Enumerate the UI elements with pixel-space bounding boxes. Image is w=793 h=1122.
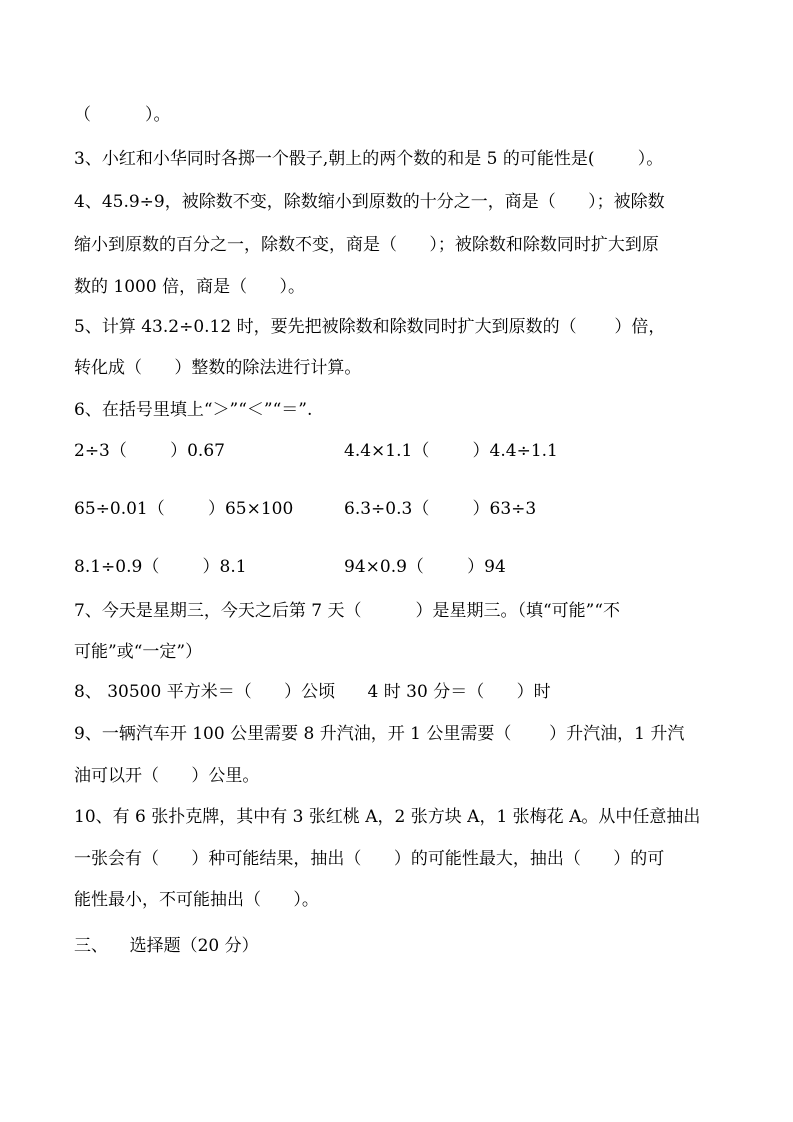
question-4-line-1: 4、45.9÷9，被除数不变，除数缩小到原数的十分之一，商是（ ）；被除数 [74,191,665,213]
question-4-line-2: 缩小到原数的百分之一，除数不变，商是（ ）；被除数和除数同时扩大到原 [74,234,659,256]
question-5-line-1: 5、计算 43.2÷0.12 时，要先把被除数和除数同时扩大到原数的（ ）倍， [74,316,665,338]
question-7-line-2: 可能”或“一定”） [74,641,202,663]
q2-continuation: （ ）。 [74,104,171,126]
question-3: 3、小红和小华同时各掷一个骰子,朝上的两个数的和是 5 的可能性是( ）。 [74,148,663,170]
question-10-line-3: 能性最小，不可能抽出（ ）。 [74,889,319,911]
question-10-line-2: 一张会有（ ）种可能结果，抽出（ ）的可能性最大，抽出（ ）的可 [74,848,664,870]
question-7-line-1: 7、今天是星期三，今天之后第 7 天（ ）是星期三。（填“可能”“不 [74,600,620,622]
question-9-line-1: 9、一辆汽车开 100 公里需要 8 升汽油，开 1 公里需要（ ）升汽油，1 … [74,723,684,745]
question-10-line-1: 10、有 6 张扑克牌，其中有 3 张红桃 A，2 张方块 A，1 张梅花 A。… [74,806,700,828]
comparison-1-left: 2÷3（ ）0.67 [74,440,225,462]
comparison-3-right: 94×0.9（ ）94 [344,556,506,578]
question-6-prompt: 6、在括号里填上“＞”“＜”“＝”. [74,399,312,421]
comparison-2-left: 65÷0.01（ ）65×100 [74,498,293,520]
question-9-line-2: 油可以开（ ）公里。 [74,765,259,787]
comparison-1-right: 4.4×1.1（ ）4.4÷1.1 [344,440,558,462]
question-8: 8、 30500 平方米＝（ ）公顷 4 时 30 分＝（ ）时 [74,681,551,703]
question-5-line-2: 转化成（ ）整数的除法进行计算。 [74,357,361,379]
section-heading-multiple-choice: 三、 选择题（20 分） [74,935,259,957]
question-4-line-3: 数的 1000 倍，商是（ ）。 [74,276,305,298]
comparison-2-right: 6.3÷0.3（ ）63÷3 [344,498,536,520]
comparison-3-left: 8.1÷0.9（ ）8.1 [74,556,247,578]
